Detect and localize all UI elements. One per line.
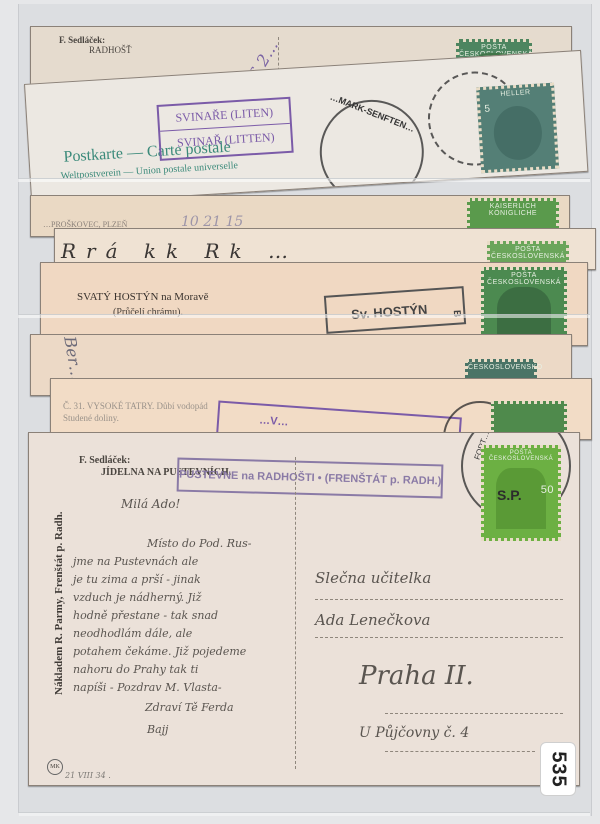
handwriting: Ber… [60, 335, 87, 382]
postcard-jidelna-pustevnich: F. Sedláček: JÍDELNA NA PUSTEVNÍCH. PUST… [28, 432, 580, 786]
message-line: jme na Pustevnách ale [73, 555, 198, 568]
postcard-vysoke-tatry: Č. 31. VYSOKÉ TATRY. Důbí vodopád Studen… [50, 378, 592, 440]
message-line: je tu zima a prší - jinak [73, 573, 201, 586]
message-line: potahem čekáme. Již pojedeme [73, 645, 246, 658]
message-line: napíši - Pozdrav M. Vlasta- [73, 681, 222, 694]
address-line: Slečna učitelka [315, 569, 431, 587]
message-line: nahoru do Prahy tak ti [73, 663, 198, 676]
address-line: Ada Lenečkova [315, 611, 430, 629]
town-box-stamp: SVINAŘE (LITEN) SVINAŘ (LITTEN) [157, 97, 294, 161]
card-title: SVATÝ HOSTÝN na Moravě [77, 291, 208, 303]
address-rule [315, 599, 563, 600]
town-box-stamp: PUSTEVNE na RADHOŠTI • (FRENŠTÁT p. RADH… [177, 458, 444, 499]
card-subtitle: Studené doliny. [63, 413, 119, 423]
publisher-line: F. Sedláček: [59, 35, 105, 45]
postmark-sub: S.P. [497, 487, 522, 503]
postage-stamp: HELLER 5 [476, 83, 559, 174]
sleeve-strip [18, 178, 590, 182]
side-publisher-text: Nákladem R. Parmy, Frenštát p. Radh. [53, 512, 65, 695]
message-line: Místo do Pod. Rus- [147, 537, 251, 550]
message-line: Zdraví Tě Ferda [145, 701, 234, 714]
message-line: Milá Ado! [121, 497, 180, 511]
lot-number-label: 535 [540, 742, 576, 796]
address-line: U Půjčovny č. 4 [359, 725, 469, 741]
card-title: RADHOŠŤ [89, 45, 132, 55]
address-rule [385, 751, 535, 752]
card-divider [295, 457, 296, 769]
handwriting: Rrá kk Rk … [61, 239, 298, 263]
pencil-note: 21 VIII 34 . [65, 771, 111, 780]
message-line: vzduch je nádherný. Již [73, 591, 201, 604]
message-line: hodně přestane - tak snad [73, 609, 218, 622]
message-signature: Bajj [147, 723, 168, 736]
card-title: Č. 31. VYSOKÉ TATRY. Důbí vodopád [63, 401, 208, 411]
address-rule [315, 637, 563, 638]
publisher-line: F. Sedláček: [79, 455, 130, 466]
sleeve-strip [18, 314, 590, 318]
publisher-logo: MK [47, 759, 63, 775]
message-line: neodhodlám dále, ale [73, 627, 192, 640]
address-line: Praha II. [359, 661, 474, 691]
address-rule [385, 713, 563, 714]
town-box-stamp: Sv. HOSTÝN B [324, 286, 466, 334]
sleeve-strip [18, 812, 590, 816]
